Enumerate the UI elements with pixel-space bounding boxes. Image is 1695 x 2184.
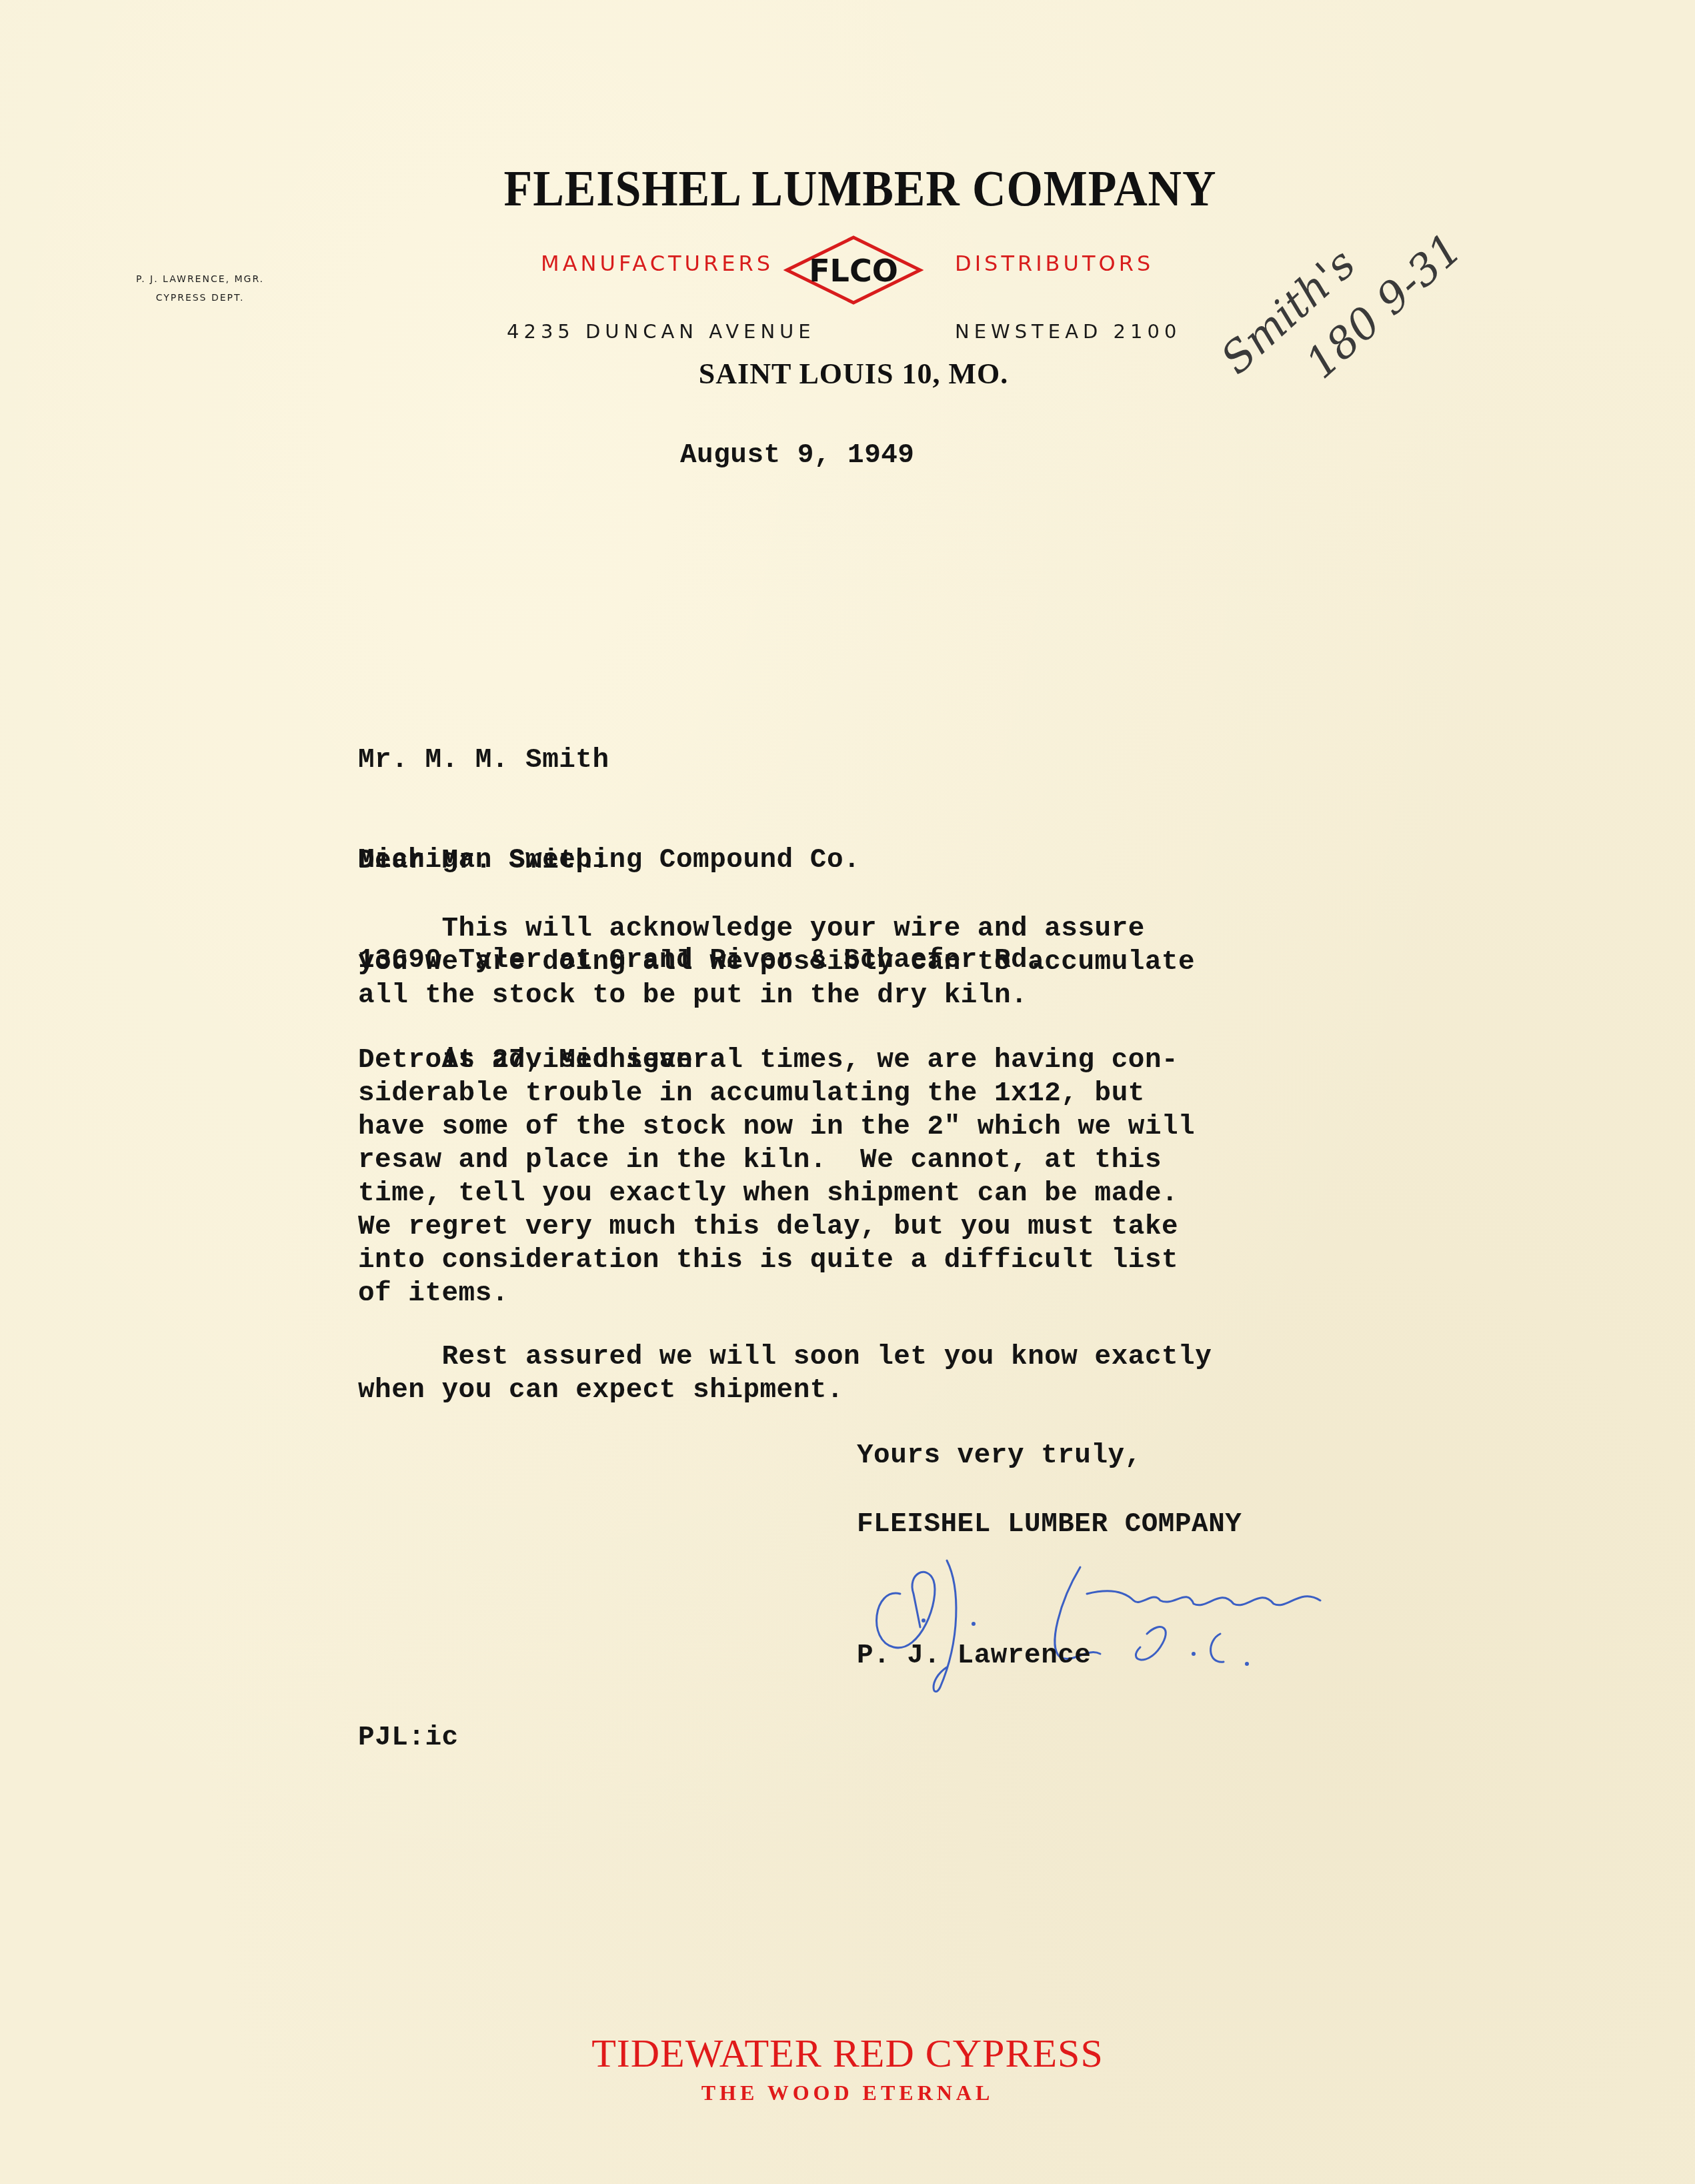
manager-name: P. J. Lawrence, Mgr. <box>100 270 300 289</box>
signer-name: P. J. Lawrence <box>857 1641 1091 1671</box>
street-address: 4235 DUNCAN AVENUE <box>507 320 854 343</box>
svg-text:FLCO: FLCO <box>809 253 898 289</box>
footer-subslogan: THE WOOD ETERNAL <box>400 2081 1295 2105</box>
letter-date: August 9, 1949 <box>680 440 914 471</box>
recipient-name: Mr. M. M. Smith <box>358 744 1044 777</box>
manufacturers-label: MANUFACTURERS <box>493 251 773 276</box>
company-name: FLEISHEL LUMBER COMPANY <box>437 160 1284 218</box>
body-paragraph-1: This will acknowledge your wire and assu… <box>358 912 1195 1012</box>
manager-block: P. J. Lawrence, Mgr. Cypress Dept. <box>100 270 300 307</box>
department-name: Cypress Dept. <box>100 289 300 307</box>
salutation: Dear Mr. Smith: <box>358 846 609 876</box>
complimentary-close: Yours very truly, <box>857 1440 1142 1471</box>
signature-company: FLEISHEL LUMBER COMPANY <box>857 1509 1242 1540</box>
body-paragraph-3: Rest assured we will soon let you know e… <box>358 1340 1212 1407</box>
flco-logo-icon: FLCO <box>783 233 924 307</box>
body-paragraph-2: As advised several times, we are having … <box>358 1044 1195 1310</box>
handwritten-signature <box>860 1547 1367 1701</box>
footer-slogan: TIDEWATER RED CYPRESS <box>400 2031 1295 2077</box>
city-line: SAINT LOUIS 10, MO. <box>567 357 1140 391</box>
reference-initials: PJL:ic <box>358 1723 459 1753</box>
